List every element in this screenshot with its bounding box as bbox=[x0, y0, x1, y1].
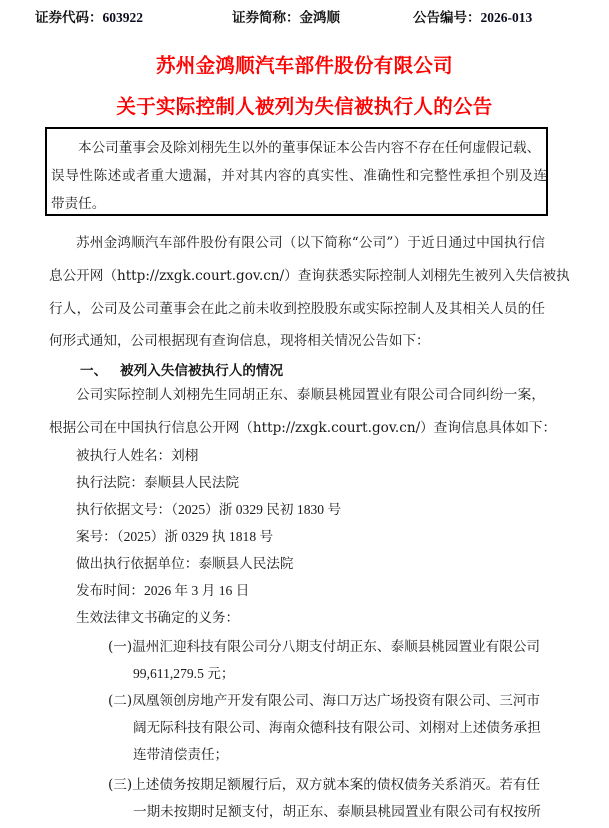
obligation-marker: (三) bbox=[108, 777, 132, 793]
intro-line-2-text: 息公开网（http://zxgk.court.gov.cn/）查询获悉实际控制人… bbox=[49, 268, 570, 284]
field-value: 刘栩 bbox=[171, 448, 198, 464]
field-issuing-unit: 做出执行依据单位：泰顺县人民法院 bbox=[76, 554, 294, 574]
field-label: 被执行人姓名： bbox=[76, 448, 171, 464]
field-value: （2025）浙 0329 民初 1830 号 bbox=[171, 502, 341, 517]
obligation-item-3: (三)上述债务按期足额履行后，双方就本案的债权债务关系消灭。若有任 bbox=[108, 775, 540, 795]
section-number: 一、 bbox=[80, 359, 120, 379]
field-label: 做出执行依据单位： bbox=[76, 556, 198, 572]
announcement-no-label: 公告编号： bbox=[413, 10, 481, 26]
section-title: 被列入失信被执行人的情况 bbox=[120, 363, 283, 379]
obligation-text: 凤凰领创房地产开发有限公司、海口万达广场投资有限公司、三河市 bbox=[132, 693, 540, 709]
stock-code-label: 证券代码： bbox=[35, 10, 103, 26]
notice-line-3: 带责任。 bbox=[51, 190, 547, 218]
company-title: 苏州金鸿顺汽车部件股份有限公司 bbox=[0, 50, 609, 78]
notice-line-2: 误导性陈述或者重大遗漏，并对其内容的真实性、准确性和完整性承担个别及连 bbox=[51, 162, 547, 190]
obligations-label: 生效法律文书确定的义务： bbox=[76, 608, 239, 628]
field-value: 泰顺县人民法院 bbox=[144, 475, 239, 491]
field-value: 2026 年 3 月 16 日 bbox=[144, 583, 249, 598]
intro-line-2: 息公开网（http://zxgk.court.gov.cn/）查询获悉实际控制人… bbox=[49, 266, 545, 286]
field-label: 案号： bbox=[76, 529, 117, 545]
field-label: 执行法院： bbox=[76, 475, 144, 491]
notice-line-1: 本公司董事会及除刘栩先生以外的董事保证本公告内容不存在任何虚假记载、 bbox=[51, 134, 519, 162]
field-value: （2025）浙 0329 执 1818 号 bbox=[117, 529, 273, 544]
intro-line-1: 苏州金鸿顺汽车部件股份有限公司（以下简称“公司”）于近日通过中国执行信 bbox=[76, 233, 545, 253]
field-executing-court: 执行法院：泰顺县人民法院 bbox=[76, 473, 239, 493]
obligation-marker: (一) bbox=[108, 639, 132, 655]
obligation-marker: (二) bbox=[108, 693, 132, 709]
field-case-no: 案号：（2025）浙 0329 执 1818 号 bbox=[76, 527, 273, 547]
field-value: 泰顺县人民法院 bbox=[198, 556, 293, 572]
field-label: 执行依据文号： bbox=[76, 502, 171, 518]
section-heading-1: 一、被列入失信被执行人的情况 bbox=[80, 359, 283, 379]
stock-code-value: 603922 bbox=[103, 10, 144, 25]
board-guarantee-notice: 本公司董事会及除刘栩先生以外的董事保证本公告内容不存在任何虚假记载、 误导性陈述… bbox=[45, 127, 548, 216]
intro-line-4: 何形式通知，公司根据现有查询信息，现将相关情况公告如下： bbox=[49, 331, 430, 351]
obligation-text: 温州汇迎科技有限公司分八期支付胡正东、泰顺县桃园置业有限公司 bbox=[132, 639, 540, 655]
stock-abbr-label: 证券简称： bbox=[232, 10, 300, 26]
stock-abbr-value: 金鸿顺 bbox=[300, 10, 341, 26]
announcement-title: 关于实际控制人被列为失信被执行人的公告 bbox=[0, 91, 609, 119]
stock-code: 证券代码：603922 bbox=[35, 6, 143, 26]
section1-lead-line-2: 根据公司在中国执行信息公开网（http://zxgk.court.gov.cn/… bbox=[49, 418, 556, 438]
announcement-no-value: 2026-013 bbox=[481, 10, 533, 25]
obligation-item-1: (一)温州汇迎科技有限公司分八期支付胡正东、泰顺县桃园置业有限公司 bbox=[108, 637, 540, 657]
stock-abbreviation: 证券简称：金鸿顺 bbox=[232, 6, 340, 26]
section1-lead-line-1: 公司实际控制人刘栩先生同胡正东、泰顺县桃园置业有限公司合同纠纷一案， bbox=[76, 385, 545, 405]
obligation-item-2: (二)凤凰领创房地产开发有限公司、海口万达广场投资有限公司、三河市 bbox=[108, 691, 540, 711]
obligation-item-2-cont-1: 阔无际科技有限公司、海南众德科技有限公司、刘栩对上述债务承担 bbox=[133, 718, 541, 738]
field-publish-date: 发布时间：2026 年 3 月 16 日 bbox=[76, 581, 249, 601]
field-label: 发布时间： bbox=[76, 583, 144, 599]
announcement-header: 证券代码：603922 证券简称：金鸿顺 公告编号：2026-013 bbox=[0, 6, 609, 28]
field-debtor-name: 被执行人姓名：刘栩 bbox=[76, 446, 198, 466]
announcement-number: 公告编号：2026-013 bbox=[413, 6, 532, 26]
obligation-item-3-cont: 一期未按期时足额支付，胡正东、泰顺县桃园置业有限公司有权按所 bbox=[133, 802, 541, 822]
intro-line-3: 行人，公司及公司董事会在此之前未收到控股股东或实际控制人及其相关人员的任 bbox=[49, 299, 545, 319]
obligation-item-1-cont: 99,611,279.5 元； bbox=[133, 664, 234, 684]
field-basis-doc-no: 执行依据文号：（2025）浙 0329 民初 1830 号 bbox=[76, 500, 341, 520]
obligation-text: 上述债务按期足额履行后，双方就本案的债权债务关系消灭。若有任 bbox=[132, 777, 540, 793]
obligation-item-2-cont-2: 连带清偿责任； bbox=[133, 745, 228, 765]
